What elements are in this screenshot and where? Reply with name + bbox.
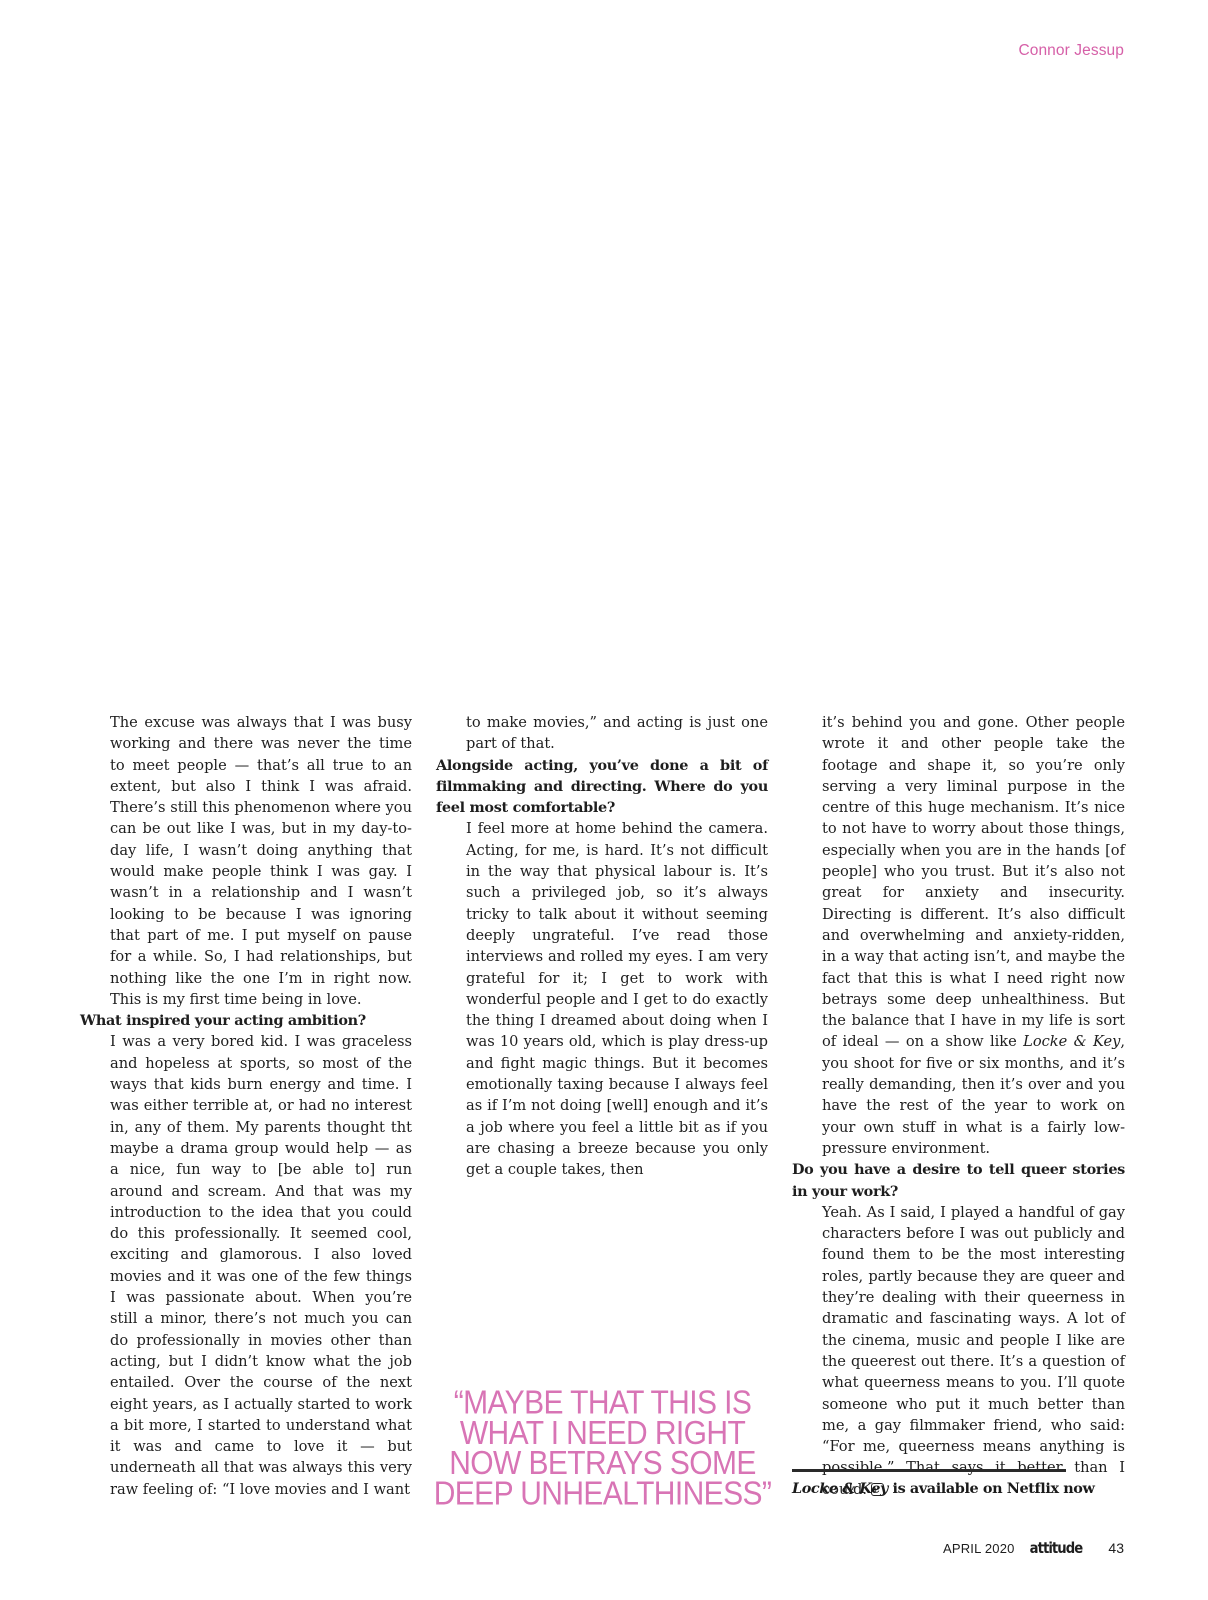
- article-column-3: it’s behind you and gone. Other people w…: [792, 712, 1125, 1500]
- caption-divider: [792, 1469, 1066, 1472]
- answer-paragraph: The excuse was always that I was busy wo…: [80, 712, 412, 1010]
- issue-date: APRIL 2020: [943, 1541, 1015, 1556]
- pull-quote: “MAYBE THAT THIS IS WHAT I NEED RIGHT NO…: [430, 1388, 775, 1509]
- answer-text: it’s behind you and gone. Other people w…: [822, 714, 1125, 1050]
- article-column-1: The excuse was always that I was busy wo…: [80, 712, 412, 1500]
- interview-question: What inspired your acting ambition?: [80, 1010, 412, 1031]
- page-number: 43: [1108, 1540, 1124, 1556]
- interview-question: Alongside acting, you’ve done a bit of f…: [436, 755, 768, 819]
- show-title: Locke & Key: [792, 1480, 888, 1497]
- answer-paragraph: I was a very bored kid. I was graceless …: [80, 1031, 412, 1500]
- article-column-2: to make movies,” and acting is just one …: [436, 712, 768, 1181]
- answer-paragraph: I feel more at home behind the camera. A…: [436, 818, 768, 1180]
- interview-question: Do you have a desire to tell queer stori…: [792, 1159, 1125, 1202]
- answer-paragraph: to make movies,” and acting is just one …: [436, 712, 768, 755]
- answer-paragraph: Yeah. As I said, I played a handful of g…: [792, 1202, 1125, 1500]
- running-head: Connor Jessup: [1018, 42, 1124, 60]
- page-footer: APRIL 2020 attitude 43: [943, 1539, 1124, 1557]
- answer-text: Yeah. As I said, I played a handful of g…: [822, 1204, 1125, 1498]
- availability-caption: Locke & Key is available on Netflix now: [792, 1480, 1094, 1497]
- show-title: Locke & Key: [1023, 1033, 1120, 1050]
- magazine-logo: attitude: [1029, 1539, 1082, 1557]
- answer-text: , you shoot for five or six months, and …: [822, 1033, 1125, 1156]
- caption-text: is available on Netflix now: [888, 1480, 1095, 1497]
- answer-paragraph: it’s behind you and gone. Other people w…: [792, 712, 1125, 1159]
